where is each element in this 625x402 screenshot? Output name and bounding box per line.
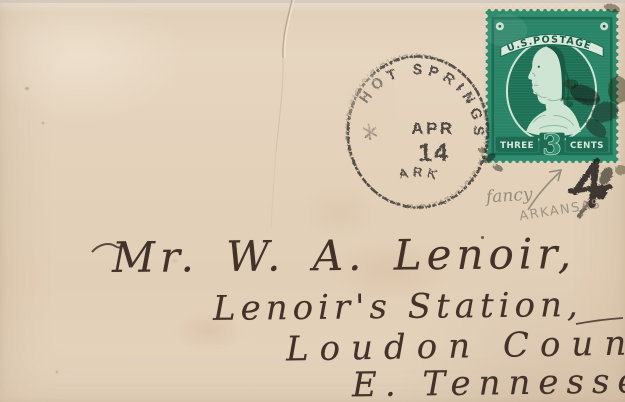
crease-line — [271, 0, 294, 228]
postmark-day: 14 — [418, 139, 450, 167]
postmark: HOT SPRINGS APR 14 ARK. — [0, 0, 488, 208]
envelope-photo: U.S.POSTAGE THREE CENTS 3 — [0, 0, 625, 402]
pencil-note-fancy: fancy — [485, 184, 533, 207]
address-line-1: Mr. W. A. Lenoir, — [112, 229, 576, 282]
address-line-2: Lenoir's Station, — [213, 285, 583, 329]
postmark-month: APR — [411, 119, 454, 138]
address-line-4: E. Tennessee. — [352, 361, 625, 402]
cancel-smudges — [478, 2, 625, 175]
